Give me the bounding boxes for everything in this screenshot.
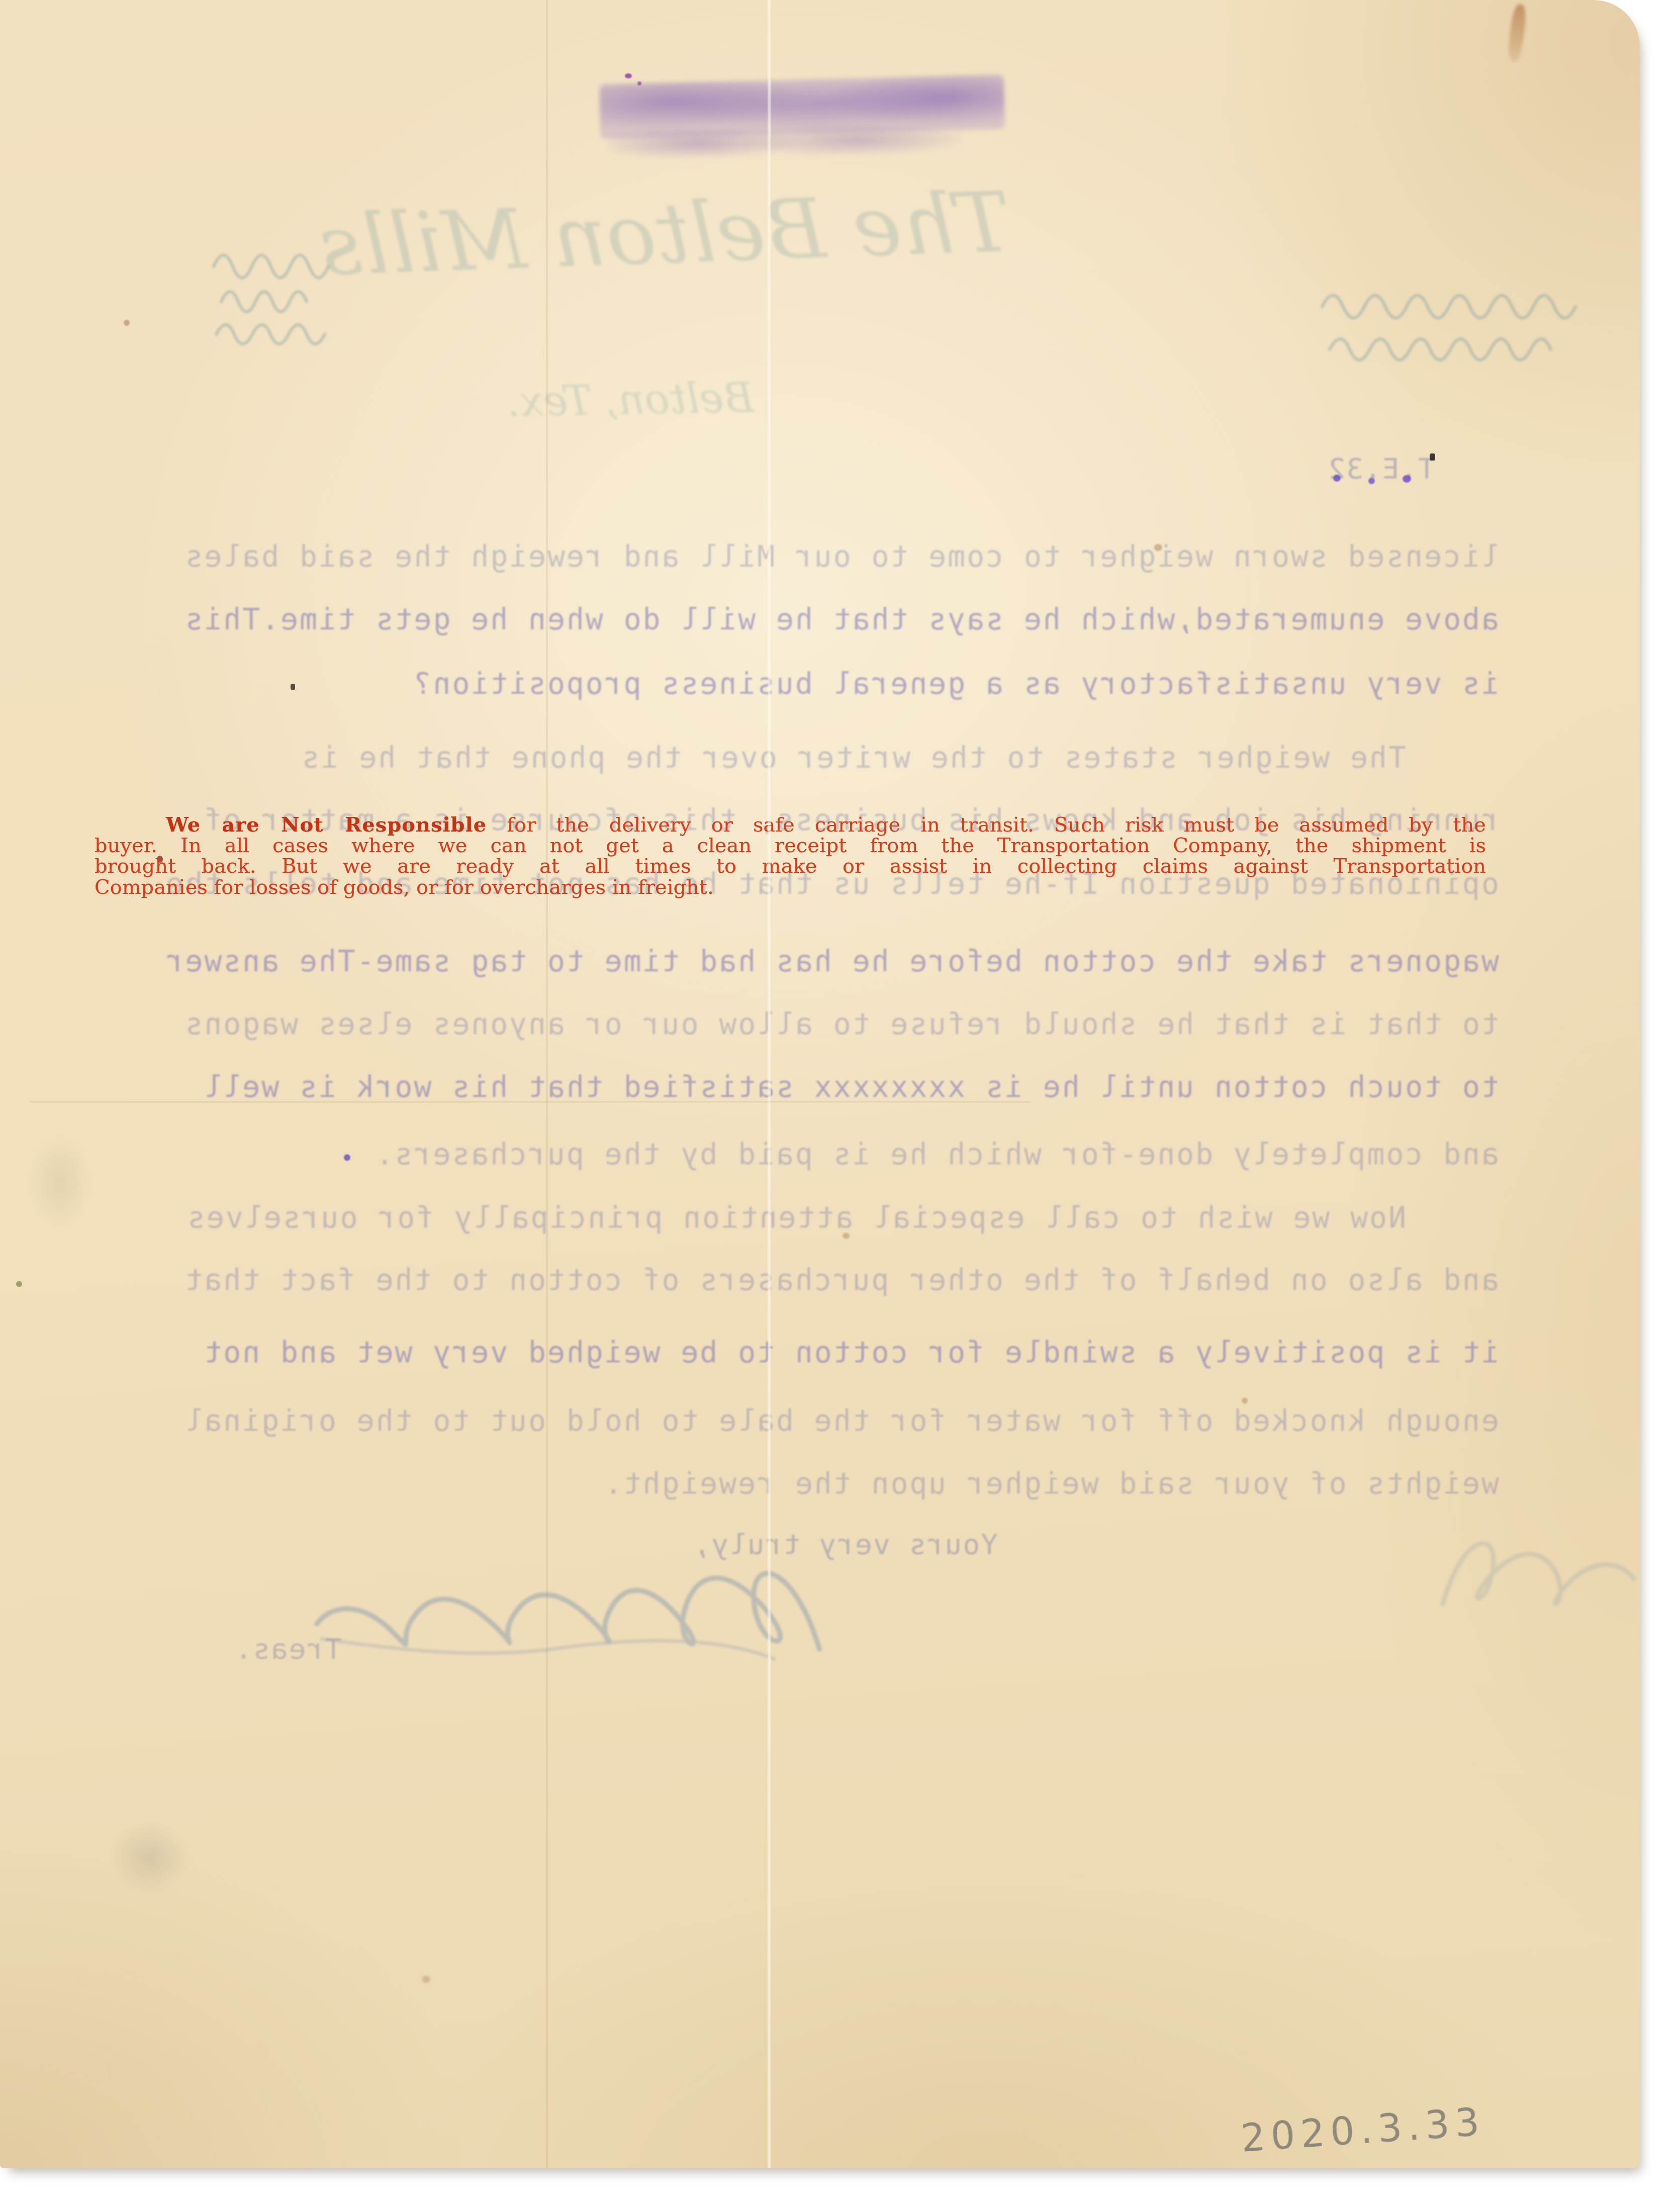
disclaimer-line-4: Companies for losses of goods, or for ov… — [95, 877, 1486, 898]
ghost-typed-line: licensed sworn weigher to come to our Mi… — [136, 539, 1499, 575]
ghost-typed-line: to that is that he should refuse to allo… — [136, 1007, 1499, 1042]
ghost-typed-line: and also on behalf of the other purchase… — [136, 1263, 1499, 1298]
ghost-typed-line: wagoners take the cotton before he has h… — [136, 944, 1499, 979]
disclaimer-lead: We are Not Responsible — [166, 813, 487, 837]
scanned-letter-page: The Belton Mills Belton, Tex. T.E.32 lic… — [0, 0, 1680, 2199]
ghost-typed-line: Now we wish to call especial attention p… — [136, 1201, 1499, 1236]
disclaimer-line-1: We are Not Responsible for the delivery … — [95, 814, 1486, 836]
ghost-typed-line: to touch cotton until he is xxxxxxxx sat… — [136, 1070, 1499, 1105]
disclaimer-block: We are Not Responsible for the delivery … — [95, 814, 1486, 898]
disclaimer-line-1-text: for the delivery or safe carriage in tra… — [487, 813, 1486, 837]
ghost-typed-line: above enumerated,which he says that he w… — [136, 602, 1499, 637]
disclaimer-line-3: brought back. But we are ready at all ti… — [95, 856, 1486, 877]
ghost-typed-line: is very unsatisfactory as a general busi… — [136, 667, 1499, 702]
ghost-typed-line: The weigher states to the writer over th… — [136, 741, 1499, 776]
ghost-typed-line: and completely done-for which he is paid… — [136, 1137, 1499, 1172]
purple-stamp-lower-band — [609, 124, 962, 159]
ghost-typed-body: licensed sworn weigher to come to our Mi… — [0, 0, 1680, 2199]
ghost-typed-line: weights of your said weigher upon the re… — [136, 1467, 1499, 1502]
ghost-typed-line: enough knocked off for water for the bal… — [136, 1404, 1499, 1439]
ghost-typed-line: it is positively a swindle for cotton to… — [136, 1335, 1499, 1370]
disclaimer-line-2: buyer. In all cases where we can not get… — [95, 836, 1486, 857]
